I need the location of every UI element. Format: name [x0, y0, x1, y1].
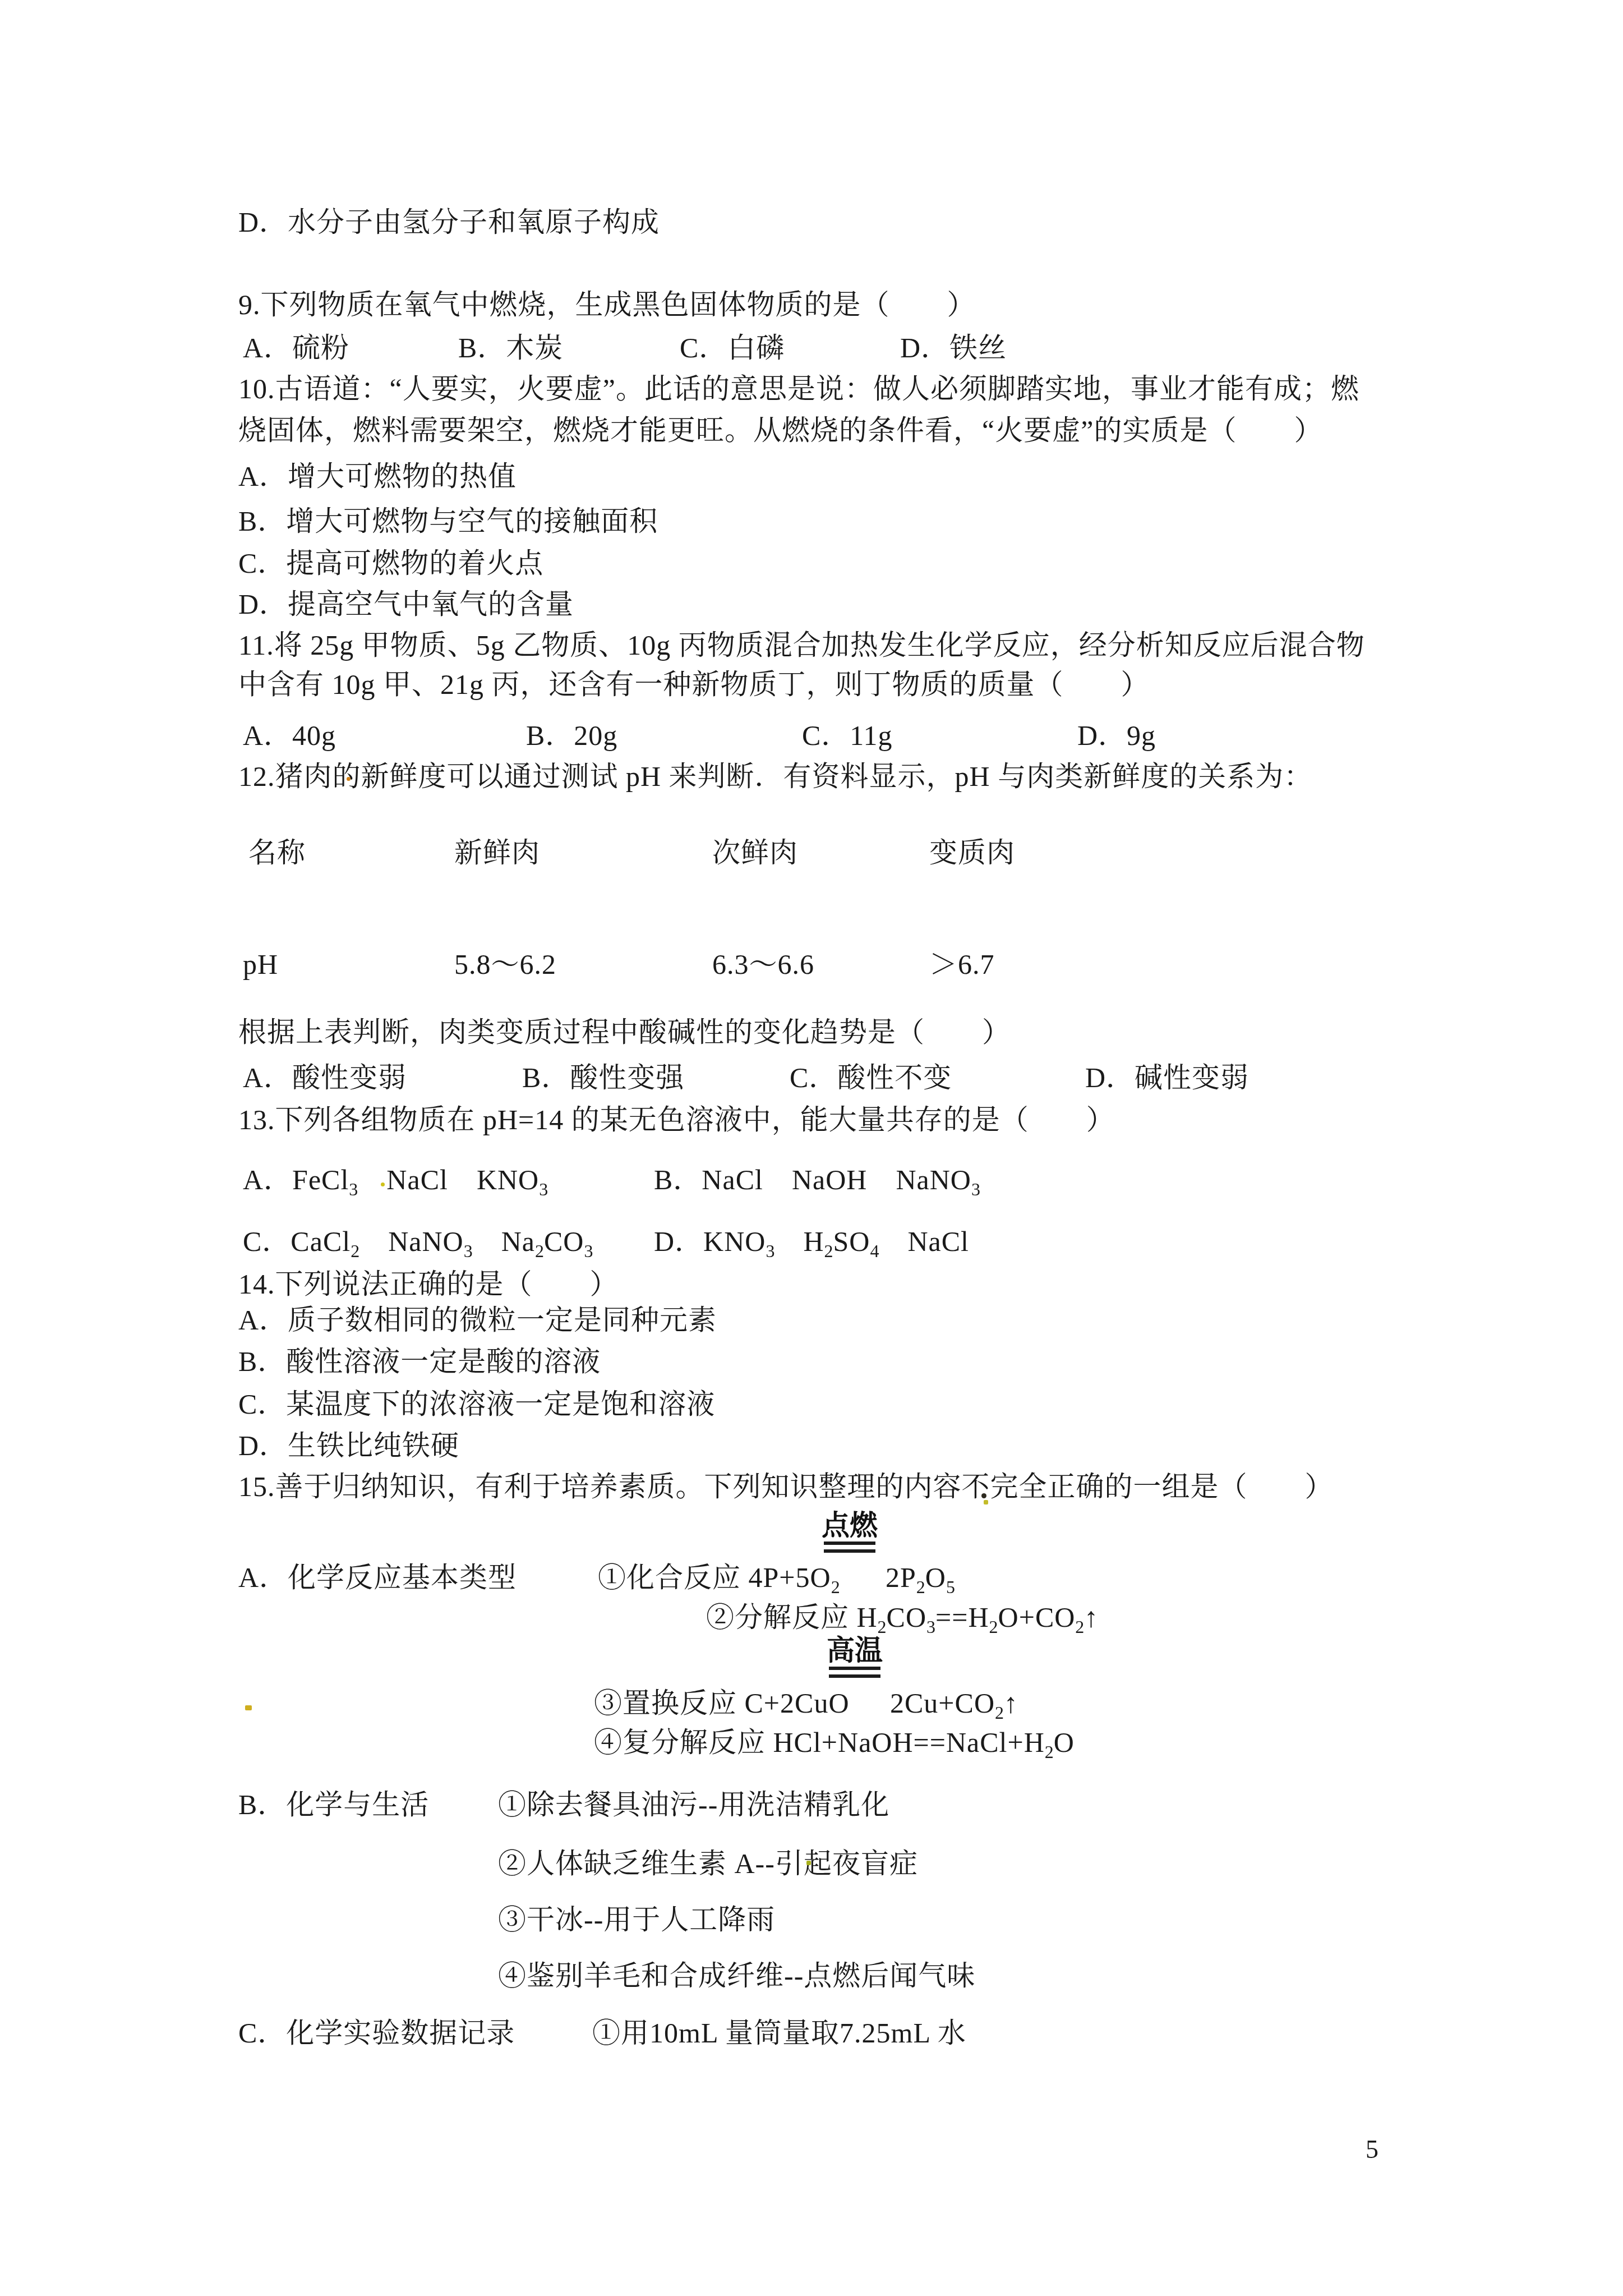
formula-sub: 2	[878, 1617, 887, 1637]
q12-table-header-fresh: 新鲜肉	[454, 837, 540, 869]
q13-option-d: D．KNO3 H2SO4 NaCl	[654, 1226, 969, 1258]
q14-option-d: D．生铁比纯铁硬	[238, 1430, 459, 1462]
q15-group-b-label: B．化学与生活	[238, 1789, 429, 1821]
q12-table-ph-fresh: 5.8～6.2	[454, 949, 556, 981]
formula-text: C．CaCl	[243, 1226, 351, 1257]
formula-sub: 2	[916, 1577, 925, 1597]
formula-text: H	[774, 1226, 824, 1257]
q10-option-d: D．提高空气中氧气的含量	[238, 588, 574, 621]
q10-option-a: A．增大可燃物的热值	[238, 461, 517, 493]
q15-c-item1: ①用10mL 量筒量取7.25mL 水	[592, 2017, 966, 2050]
formula-sub: 3	[464, 1241, 473, 1261]
q14-stem: 14.下列说法正确的是（ ）	[238, 1268, 619, 1301]
q12-option-b: B．酸性变强	[522, 1062, 684, 1094]
scan-artifact	[806, 1861, 811, 1865]
q12-table-header-spoiled: 变质肉	[929, 837, 1015, 869]
q12-option-a: A．酸性变弱	[243, 1062, 407, 1094]
up-arrow: ↑	[1004, 1687, 1018, 1719]
formula-sub: 2	[535, 1241, 544, 1261]
formula-text: NaCl	[879, 1226, 969, 1257]
exam-page: D．水分子由氢分子和氧原子构成 9.下列物质在氧气中燃烧，生成黑色固体物质的是（…	[0, 0, 1623, 2296]
q13-option-a: A．FeCl3 NaCl KNO3	[243, 1164, 548, 1197]
q13-stem: 13.下列各组物质在 pH=14 的某无色溶液中，能大量共存的是（ ）	[238, 1104, 1115, 1137]
q9-option-a: A．硫粉	[243, 332, 349, 365]
formula-text: NaCl KNO	[358, 1164, 539, 1195]
q15-b-item4: ④鉴别羊毛和合成纤维--点燃后闻气味	[498, 1960, 975, 1993]
formula-text: D．KNO	[654, 1226, 766, 1257]
q12-option-d: D．碱性变弱	[1085, 1062, 1249, 1094]
emphasis-dot	[981, 1493, 986, 1498]
q10-option-c: C．提高可燃物的着火点	[238, 547, 543, 580]
formula-text: CO	[544, 1226, 584, 1257]
q15-eq3-left: ③置换反应 C+2CuO	[594, 1687, 850, 1720]
q12-table-ph-label: pH	[243, 949, 278, 981]
page-number: 5	[1366, 2135, 1379, 2165]
q13-option-b: B．NaCl NaOH NaNO3	[654, 1164, 980, 1197]
ignite-condition-label: 点燃	[820, 1511, 879, 1539]
formula-sub: 2	[995, 1703, 1004, 1723]
q15-eq1-left: ①化合反应 4P+5O2	[598, 1562, 840, 1594]
formula-text: ④复分解反应 HCl+NaOH==NaCl+H	[594, 1727, 1045, 1758]
formula-text: NaNO	[359, 1226, 464, 1257]
q13-option-c: C．CaCl2 NaNO3 Na2CO3	[243, 1226, 593, 1258]
up-arrow: ↑	[1084, 1602, 1099, 1633]
scan-artifact	[245, 1705, 252, 1710]
q15-eq2: ②分解反应 H2CO3==H2O+CO2↑	[706, 1602, 1099, 1634]
q15-group-c-label: C．化学实验数据记录	[238, 2017, 515, 2050]
formula-sub: 2	[1045, 1742, 1054, 1762]
high-temp-condition-label: 高温	[826, 1636, 884, 1664]
q12-table-ph-spoiled: ＞6.7	[929, 949, 995, 981]
q11-option-b: B．20g	[526, 720, 617, 752]
q9-option-d: D．铁丝	[900, 332, 1007, 365]
q15-eq1-right: 2P2O5	[886, 1562, 955, 1594]
formula-text: SO	[833, 1226, 870, 1257]
q9-option-b: B．木炭	[458, 332, 563, 365]
q10-option-b: B．增大可燃物与空气的接触面积	[238, 505, 658, 538]
scan-artifact	[347, 777, 351, 781]
q12-option-c: C．酸性不变	[790, 1062, 952, 1094]
ignite-double-bar	[824, 1542, 875, 1553]
q11-stem-line2: 中含有 10g 甲、21g 丙，还含有一种新物质丁，则丁物质的质量（ ）	[238, 669, 1150, 701]
formula-text: B．NaCl NaOH NaNO	[654, 1164, 971, 1195]
formula-sub: 3	[539, 1179, 548, 1199]
formula-sub: 5	[946, 1577, 955, 1597]
scan-artifact	[381, 1182, 385, 1186]
q15-b-item3: ③干冰--用于人工降雨	[498, 1904, 775, 1936]
formula-text: O	[1054, 1727, 1075, 1758]
formula-text: CO	[887, 1602, 926, 1633]
formula-text: ==H	[935, 1602, 989, 1633]
q12-judge-line: 根据上表判断，肉类变质过程中酸碱性的变化趋势是（ ）	[238, 1016, 1011, 1049]
formula-text: A．FeCl	[243, 1164, 349, 1195]
q15-eq3-right: 2Cu+CO2↑	[890, 1687, 1018, 1720]
formula-sub: 2	[1075, 1617, 1084, 1637]
q14-option-a: A．质子数相同的微粒一定是同种元素	[238, 1304, 717, 1337]
formula-sub: 2	[831, 1577, 840, 1597]
q15-b-item1: ①除去餐具油污--用洗洁精乳化	[498, 1789, 889, 1821]
q15-condition-ignite: 点燃	[820, 1511, 879, 1553]
q15-b-item2: ②人体缺乏维生素 A--引起夜盲症	[498, 1848, 918, 1880]
q10-stem-line2: 烧固体，燃料需要架空，燃烧才能更旺。从燃烧的条件看，“火要虚”的实质是（ ）	[238, 415, 1322, 447]
q15-group-a-label: A．化学反应基本类型	[238, 1562, 517, 1594]
q14-option-c: C．某温度下的浓溶液一定是饱和溶液	[238, 1388, 715, 1421]
formula-sub: 3	[971, 1179, 980, 1199]
q11-option-c: C．11g	[802, 720, 893, 752]
scan-artifact	[984, 1500, 988, 1504]
q15-condition-high-temp: 高温	[826, 1636, 884, 1678]
q14-option-b: B．酸性溶液一定是酸的溶液	[238, 1346, 601, 1378]
formula-text: O+CO	[998, 1602, 1076, 1633]
formula-text: ①化合反应 4P+5O	[598, 1562, 831, 1593]
q9-stem: 9.下列物质在氧气中燃烧，生成黑色固体物质的是（ ）	[238, 289, 976, 321]
formula-sub: 3	[926, 1617, 935, 1637]
q12-table-header-subfresh: 次鲜肉	[712, 837, 798, 869]
q12-table-header-name: 名称	[248, 837, 306, 869]
high-temp-double-bar	[829, 1667, 880, 1678]
q9-option-c: C．白磷	[680, 332, 785, 365]
q11-option-a: A．40g	[243, 720, 336, 752]
formula-text: Na	[473, 1226, 535, 1257]
q12-table-ph-subfresh: 6.3～6.6	[712, 949, 814, 981]
q10-stem-line1: 10.古语道：“人要实，火要虚”。此话的意思是说：做人必须脚踏实地，事业才能有成…	[238, 373, 1359, 406]
formula-sub: 2	[824, 1241, 833, 1261]
formula-sub: 3	[584, 1241, 593, 1261]
q15-stem: 15.善于归纳知识，有利于培养素质。下列知识整理的内容不完全正确的一组是（ ）	[238, 1471, 1334, 1503]
formula-text: ②分解反应 H	[706, 1602, 878, 1633]
q11-stem-line1: 11.将 25g 甲物质、5g 乙物质、10g 丙物质混合加热发生化学反应，经分…	[238, 629, 1365, 662]
q8-option-d: D．水分子由氢分子和氧原子构成	[238, 206, 660, 239]
formula-sub: 3	[349, 1179, 358, 1199]
formula-text: 2Cu+CO	[890, 1687, 995, 1719]
formula-text: 2P	[886, 1562, 916, 1593]
q15-eq4: ④复分解反应 HCl+NaOH==NaCl+H2O	[594, 1727, 1075, 1759]
formula-sub: 4	[870, 1241, 879, 1261]
formula-text: O	[925, 1562, 946, 1593]
q12-stem: 12.猪肉的新鲜度可以通过测试 pH 来判断．有资料显示，pH 与肉类新鲜度的关…	[238, 761, 1312, 793]
formula-sub: 3	[766, 1241, 774, 1261]
q11-option-d: D．9g	[1077, 720, 1156, 752]
formula-sub: 2	[351, 1241, 359, 1261]
formula-sub: 2	[989, 1617, 998, 1637]
